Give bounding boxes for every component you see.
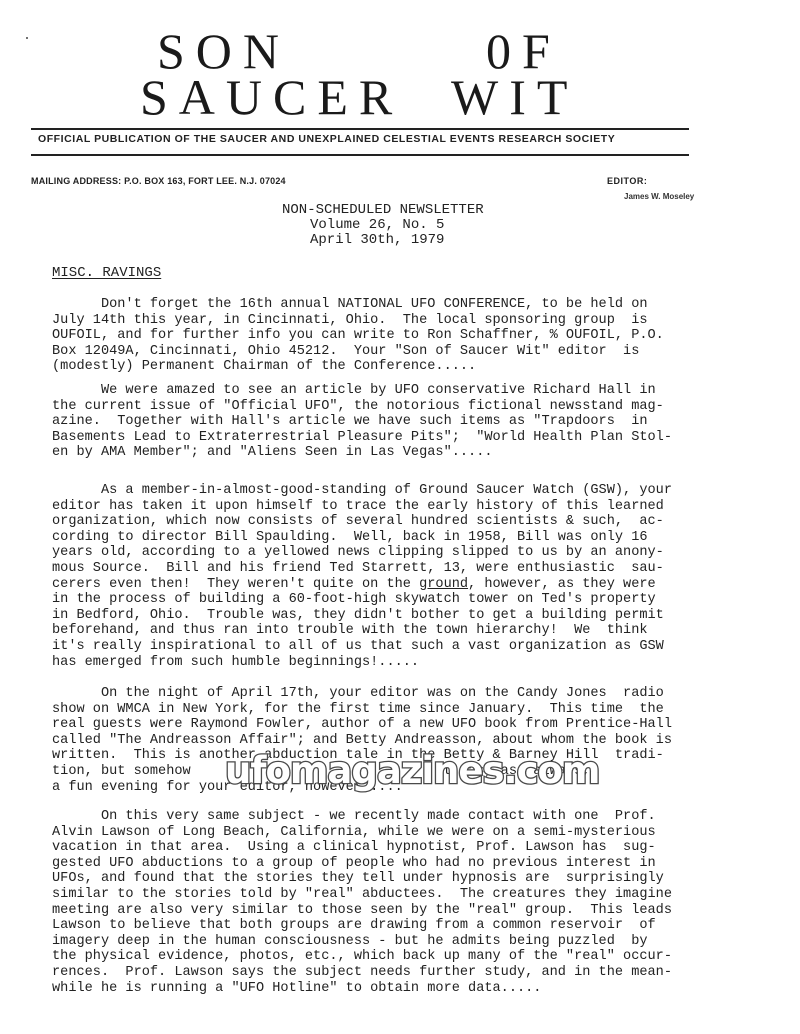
text-line: vacation in that area. Using a clinical …	[52, 840, 792, 856]
text-line: the physical evidence, photos, etc., whi…	[52, 949, 792, 965]
text-line: UFOs, and found that the stories they te…	[52, 871, 792, 887]
text-line: years old, according to a yellowed news …	[52, 545, 792, 561]
editor-label: EDITOR:	[607, 176, 647, 186]
text-line: rences. Prof. Lawson says the subject ne…	[52, 965, 792, 981]
editor-name: James W. Moseley	[624, 192, 694, 201]
watermark: ufomagazines.com	[225, 749, 599, 792]
text-line: (modestly) Permanent Chairman of the Con…	[52, 359, 792, 375]
title-saucer: SAUCER	[140, 72, 403, 122]
text-line: meeting are also very similar to those s…	[52, 903, 792, 919]
underlined-word: ground	[419, 577, 468, 592]
paragraph-official-ufo: We were amazed to see an article by UFO …	[52, 383, 792, 461]
paragraph-lawson: On this very same subject - we recently …	[52, 809, 792, 996]
publication-subtitle: OFFICIAL PUBLICATION OF THE SAUCER AND U…	[38, 133, 688, 145]
text-line: We were amazed to see an article by UFO …	[52, 383, 792, 399]
paragraph-conference: Don't forget the 16th annual NATIONAL UF…	[52, 297, 792, 375]
text-line: called "The Andreasson Affair"; and Bett…	[52, 733, 792, 749]
text-line: it's really inspirational to all of us t…	[52, 639, 792, 655]
text-line: gested UFO abductions to a group of peop…	[52, 856, 792, 872]
text-line: As a member-in-almost-good-standing of G…	[52, 483, 792, 499]
text-line: cerers even then! They weren't quite on …	[52, 577, 792, 593]
text-line: similar to the stories told by "real" ab…	[52, 887, 792, 903]
text-line: Lawson to believe that both groups are d…	[52, 918, 792, 934]
title-wit: WIT	[451, 72, 578, 122]
paragraph-gsw-history: As a member-in-almost-good-standing of G…	[52, 483, 792, 670]
text-line: Basements Lead to Extraterrestrial Pleas…	[52, 430, 792, 446]
text-line: Don't forget the 16th annual NATIONAL UF…	[52, 297, 792, 313]
text-line: OUFOIL, and for further info you can wri…	[52, 328, 792, 344]
text-line: beforehand, and thus ran into trouble wi…	[52, 623, 792, 639]
text-line: in the process of building a 60-foot-hig…	[52, 592, 792, 608]
text-line: en by AMA Member"; and "Aliens Seen in L…	[52, 445, 792, 461]
text-line: while he is running a "UFO Hotline" to o…	[52, 981, 792, 997]
text-line: show on WMCA in New York, for the first …	[52, 702, 792, 718]
text-line: mous Source. Bill and his friend Ted Sta…	[52, 561, 792, 577]
text-line: Box 12049A, Cincinnati, Ohio 45212. Your…	[52, 344, 792, 360]
text-line: On the night of April 17th, your editor …	[52, 686, 792, 702]
text-line: July 14th this year, in Cincinnati, Ohio…	[52, 313, 792, 329]
text-line: On this very same subject - we recently …	[52, 809, 792, 825]
masthead-rule-bottom	[31, 154, 689, 156]
text-line: editor has taken it upon himself to trac…	[52, 499, 792, 515]
text-line: real guests were Raymond Fowler, author …	[52, 717, 792, 733]
text-line: in Bedford, Ohio. Trouble was, they didn…	[52, 608, 792, 624]
issue-date: April 30th, 1979	[310, 233, 444, 249]
text-line: Alvin Lawson of Long Beach, California, …	[52, 825, 792, 841]
text-line: azine. Together with Hall's article we h…	[52, 414, 792, 430]
text-line: cording to director Bill Spaulding. Well…	[52, 530, 792, 546]
text-line: organization, which now consists of seve…	[52, 514, 792, 530]
text-line: the current issue of "Official UFO", the…	[52, 399, 792, 415]
text-line: has emerged from such humble beginnings!…	[52, 655, 792, 671]
paper-speck	[26, 37, 28, 39]
masthead-rule-top	[31, 128, 689, 130]
section-heading: MISC. RAVINGS	[52, 265, 161, 281]
text-line: imagery deep in the human consciousness …	[52, 934, 792, 950]
mailing-address: MAILING ADDRESS: P.O. BOX 163, FORT LEE.…	[31, 176, 286, 186]
